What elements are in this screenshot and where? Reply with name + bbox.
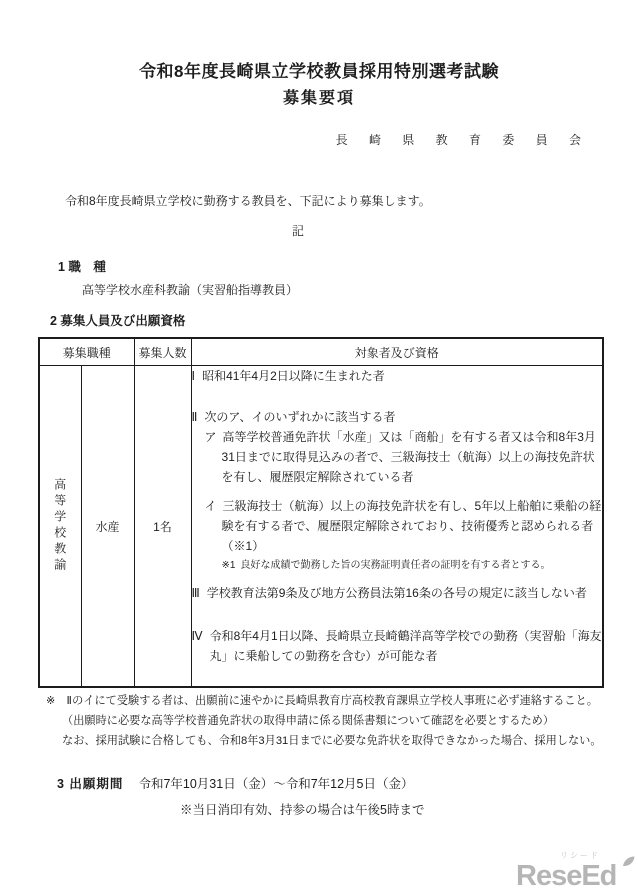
section1-body: 高等学校水産科教諭（実習船指導教員） [82, 281, 298, 298]
document-title-line2: 募集要項 [0, 85, 638, 108]
qualification-item-3: Ⅲ学校教育法第9条及び地方公務員法第16条の各号の規定に該当しない者 [192, 583, 602, 603]
item1-text: 昭和41年4月2日以降に生まれた者 [202, 369, 385, 383]
document-page: 令和8年度長崎県立学校教員採用特別選考試験 募集要項 長 崎 県 教 育 委 員… [0, 0, 638, 896]
item2a-numeral: ア [205, 430, 217, 444]
item2b-note-numeral: ※1 [222, 560, 236, 571]
qualification-item-1: Ⅰ昭和41年4月2日以降に生まれた者 [192, 366, 602, 386]
header-job-type: 募集職種 [39, 338, 134, 366]
item2-numeral: Ⅱ [192, 410, 198, 424]
section3-heading: 3 出願期間 [57, 774, 123, 792]
cell-subject: 水産 [81, 366, 134, 688]
reseed-logo: ReseEd [516, 860, 616, 892]
leaf-icon [622, 856, 635, 867]
footnote-line1: ※ Ⅱのイにて受験する者は、出願前に速やかに長崎県教育庁高校教育課県立学校人事班… [46, 691, 602, 711]
ki-marker: 記 [0, 222, 596, 239]
table-header-row: 募集職種 募集人数 対象者及び資格 [39, 338, 603, 366]
item2b-text: 三級海技士（航海）以上の海技免許状を有し、5年以上船舶に乗船の経験を有する者で、… [222, 499, 602, 553]
header-headcount: 募集人数 [134, 338, 191, 366]
item2-text: 次のア、イのいずれかに該当する者 [204, 410, 395, 424]
cell-job-category: 高等学校教諭 [39, 366, 81, 688]
qualification-item-2: Ⅱ次のア、イのいずれかに該当する者 [192, 407, 602, 427]
job-category-vertical-text: 高等学校教諭 [52, 478, 69, 574]
item1-numeral: Ⅰ [192, 369, 196, 383]
qualification-item-4: Ⅳ令和8年4月1日以降、長崎県立長崎鶴洋高等学校での勤務（実習船「海友丸」に乗船… [192, 626, 602, 666]
footnote-line3: なお、採用試験に合格しても、令和8年3月31日までに必要な免許状を取得できなかっ… [62, 731, 602, 751]
document-title-line1: 令和8年度長崎県立学校教員採用特別選考試験 [0, 57, 638, 82]
table-footnotes: ※ Ⅱのイにて受験する者は、出願前に速やかに長崎県教育庁高校教育課県立学校人事班… [46, 691, 602, 751]
table-row: 高等学校教諭 水産 1名 Ⅰ昭和41年4月2日以降に生まれた者 Ⅱ次のア、イのい… [39, 366, 603, 688]
section3-application-period: 3 出願期間 令和7年10月31日（金）～令和7年12月5日（金） [57, 774, 414, 792]
item2b-numeral: イ [205, 499, 217, 513]
item4-text: 令和8年4月1日以降、長崎県立長崎鶴洋高等学校での勤務（実習船「海友丸」に乗船し… [210, 629, 602, 663]
footnote-line2: （出願時に必要な高等学校普通免許状の取得申請に係る関係書類について確認を必要とす… [62, 711, 602, 731]
qualification-item-2b: イ三級海技士（航海）以上の海技免許状を有し、5年以上船舶に乗船の経験を有する者で… [205, 496, 602, 556]
section3-note: ※当日消印有効、持参の場合は午後5時まで [180, 800, 424, 818]
item3-numeral: Ⅲ [192, 586, 200, 600]
section3-period-value: 令和7年10月31日（金）～令和7年12月5日（金） [138, 774, 413, 792]
qualification-item-2a: ア高等学校普通免許状「水産」又は「商船」を有する者又は令和8年3月31日までに取… [205, 427, 602, 487]
item4-numeral: Ⅳ [192, 629, 203, 643]
issuing-organization: 長 崎 県 教 育 委 員 会 [336, 131, 590, 148]
cell-qualifications: Ⅰ昭和41年4月2日以降に生まれた者 Ⅱ次のア、イのいずれかに該当する者 ア高等… [191, 366, 603, 688]
intro-sentence: 令和8年度長崎県立学校に勤務する教員を、下記により募集します。 [65, 192, 431, 209]
header-qualification: 対象者及び資格 [191, 338, 603, 366]
qualification-item-2b-note: ※1良好な成績で勤務した旨の実務証明責任者の証明を有する者とする。 [222, 558, 602, 573]
qualification-table: 募集職種 募集人数 対象者及び資格 高等学校教諭 水産 1名 Ⅰ昭和41年4月2… [38, 337, 604, 688]
cell-count: 1名 [134, 366, 191, 688]
item2b-note-text: 良好な成績で勤務した旨の実務証明責任者の証明を有する者とする。 [240, 560, 550, 571]
section1-heading: 1 職 種 [58, 257, 106, 275]
item2a-text: 高等学校普通免許状「水産」又は「商船」を有する者又は令和8年3月31日までに取得… [222, 430, 596, 484]
section2-heading: 2 募集人員及び出願資格 [50, 311, 185, 329]
item3-text: 学校教育法第9条及び地方公務員法第16条の各号の規定に該当しない者 [207, 586, 587, 600]
reseed-watermark: リシード ReseEd [516, 850, 634, 892]
